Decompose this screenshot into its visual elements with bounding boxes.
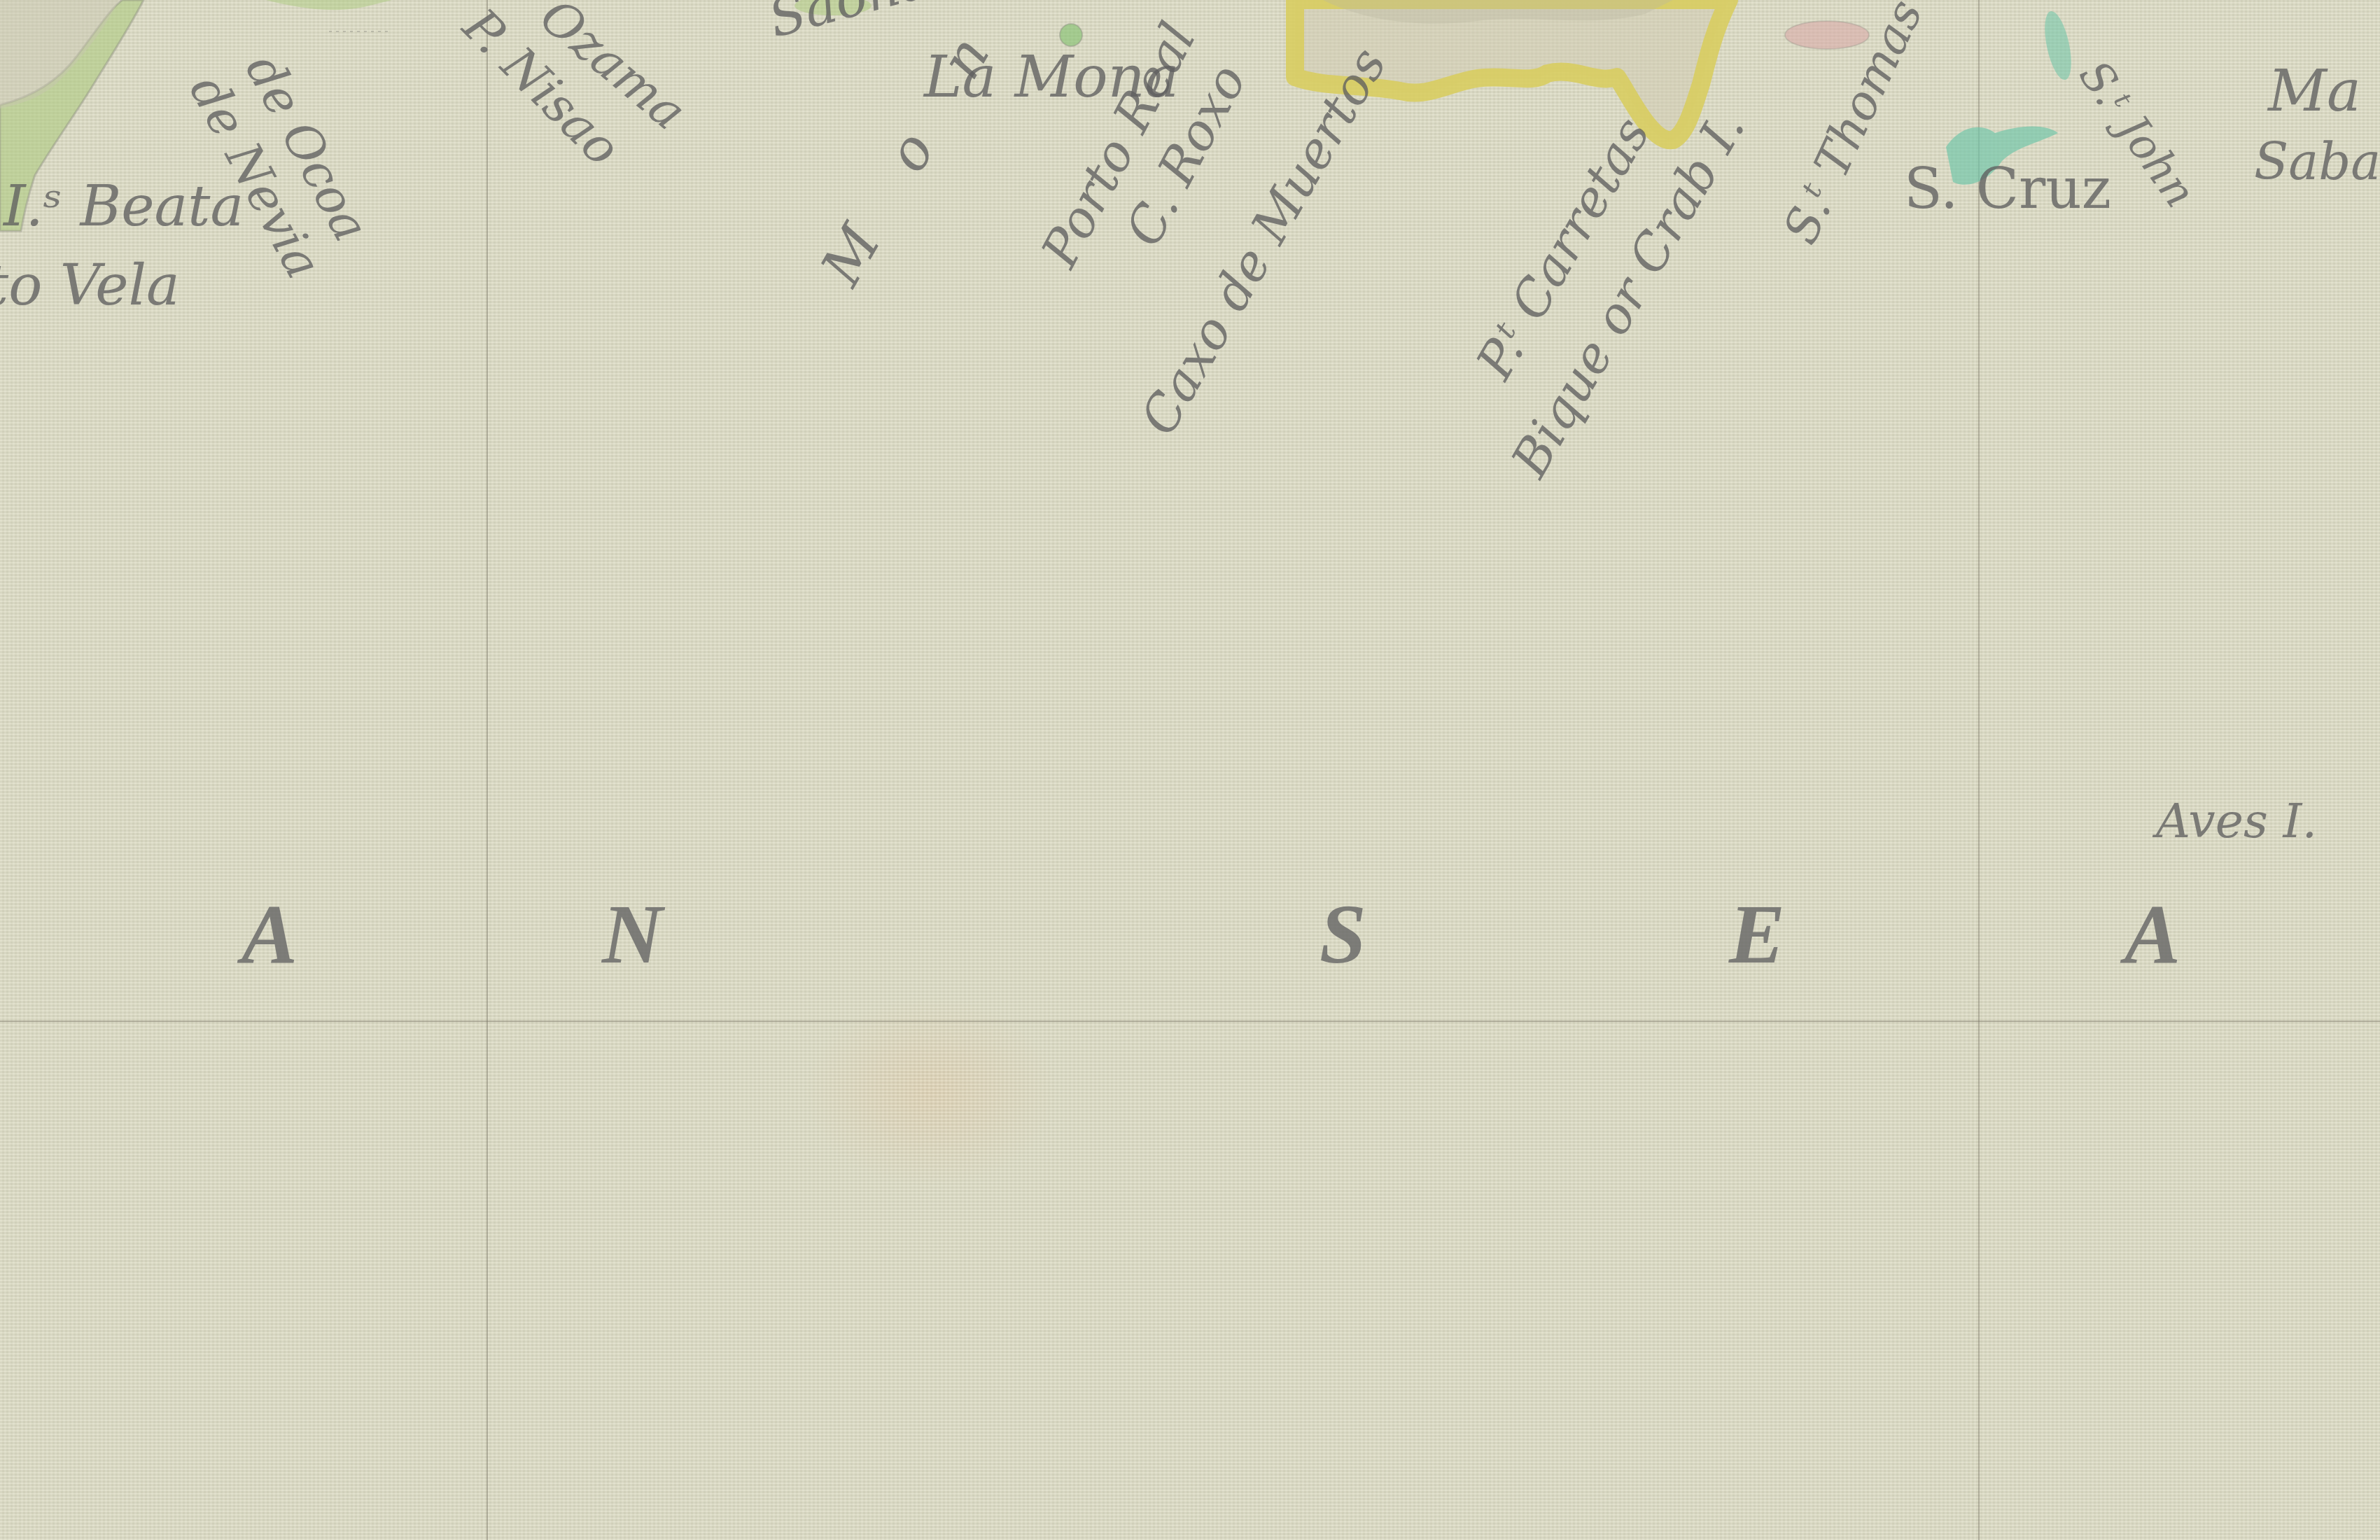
map-canvas: I.ˢ Beata to Vela de Ocoa de Nevia P. Ni… — [0, 0, 2380, 1540]
sea-name-letter: N — [602, 892, 663, 976]
label-saba: Saba — [2254, 136, 2380, 187]
label-ma: Ma — [2268, 63, 2361, 120]
label-beata: I.ˢ Beata — [3, 178, 244, 234]
label-s-cruz: S. Cruz — [1904, 161, 2111, 217]
sea-name-letter: E — [1729, 892, 1785, 976]
sea-name-letter: A — [2124, 892, 2180, 976]
label-vela: to Vela — [0, 258, 180, 314]
sea-name-letter: A — [241, 892, 297, 976]
sea-name-letter: S — [1319, 892, 1366, 976]
meridian-line — [1978, 0, 1980, 1540]
parallel-line — [0, 1021, 2380, 1022]
label-aves-island: Aves I. — [2156, 798, 2317, 846]
label-saona: Saona — [764, 0, 936, 45]
